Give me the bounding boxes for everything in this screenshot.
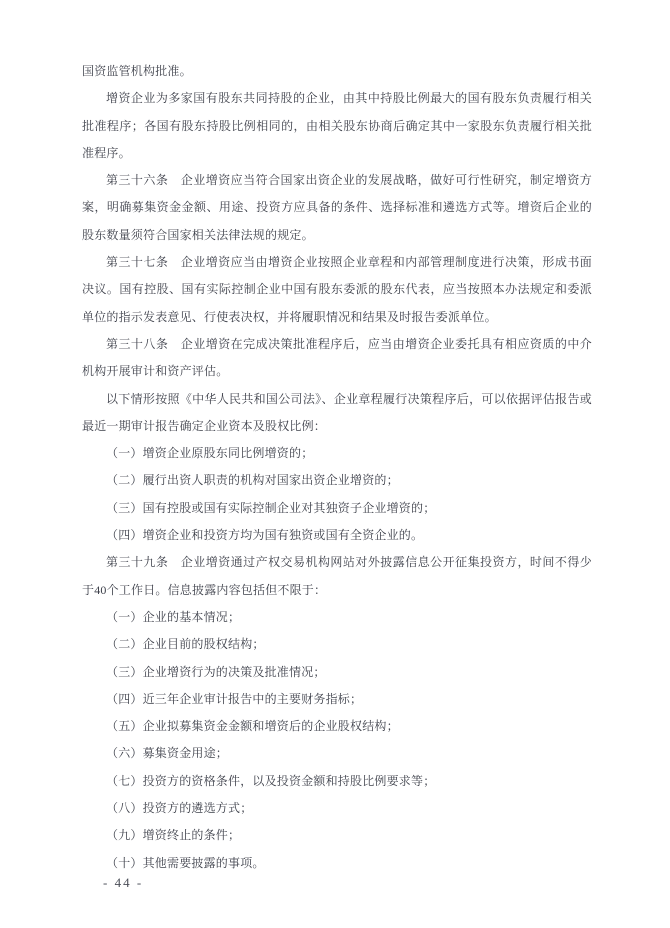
disclosure-item-5: （五）企业拟募集资金金额和增资后的企业股权结构； — [82, 713, 592, 740]
paragraph-multi-shareholder: 增资企业为多家国有股东共同持股的企业，由其中持股比例最大的国有股东负责履行相关批… — [82, 85, 592, 167]
document-page: 国资监管机构批准。 增资企业为多家国有股东共同持股的企业，由其中持股比例最大的国… — [0, 0, 670, 928]
article-39: 第三十九条 企业增资通过产权交易机构网站对外披露信息公开征集投资方，时间不得少于… — [82, 549, 592, 604]
disclosure-item-4: （四）近三年企业审计报告中的主要财务指标； — [82, 686, 592, 713]
disclosure-item-9: （九）增资终止的条件； — [82, 822, 592, 849]
disclosure-item-8: （八）投资方的遴选方式； — [82, 795, 592, 822]
decision-cases-intro: 以下情形按照《中华人民共和国公司法》、企业章程履行决策程序后，可以依据评估报告或… — [82, 386, 592, 441]
case-item-2: （二）履行出资人职责的机构对国家出资企业增资的； — [82, 467, 592, 494]
document-body: 国资监管机构批准。 增资企业为多家国有股东共同持股的企业，由其中持股比例最大的国… — [82, 58, 592, 877]
article-38: 第三十八条 企业增资在完成决策批准程序后，应当由增资企业委托具有相应资质的中介机… — [82, 331, 592, 386]
disclosure-item-2: （二）企业目前的股权结构； — [82, 631, 592, 658]
disclosure-item-10: （十）其他需要披露的事项。 — [82, 850, 592, 877]
page-number: - 44 - — [103, 875, 143, 891]
case-item-4: （四）增资企业和投资方均为国有独资或国有全资企业的。 — [82, 522, 592, 549]
disclosure-item-3: （三）企业增资行为的决策及批准情况； — [82, 659, 592, 686]
article-36: 第三十六条 企业增资应当符合国家出资企业的发展战略，做好可行性研究，制定增资方案… — [82, 167, 592, 249]
disclosure-item-6: （六）募集资金用途； — [82, 740, 592, 767]
case-item-1: （一）增资企业原股东同比例增资的； — [82, 440, 592, 467]
disclosure-item-7: （七）投资方的资格条件，以及投资金额和持股比例要求等； — [82, 768, 592, 795]
paragraph-continuation: 国资监管机构批准。 — [82, 58, 592, 85]
case-item-3: （三）国有控股或国有实际控制企业对其独资子企业增资的； — [82, 495, 592, 522]
disclosure-item-1: （一）企业的基本情况； — [82, 604, 592, 631]
article-37: 第三十七条 企业增资应当由增资企业按照企业章程和内部管理制度进行决策，形成书面决… — [82, 249, 592, 331]
